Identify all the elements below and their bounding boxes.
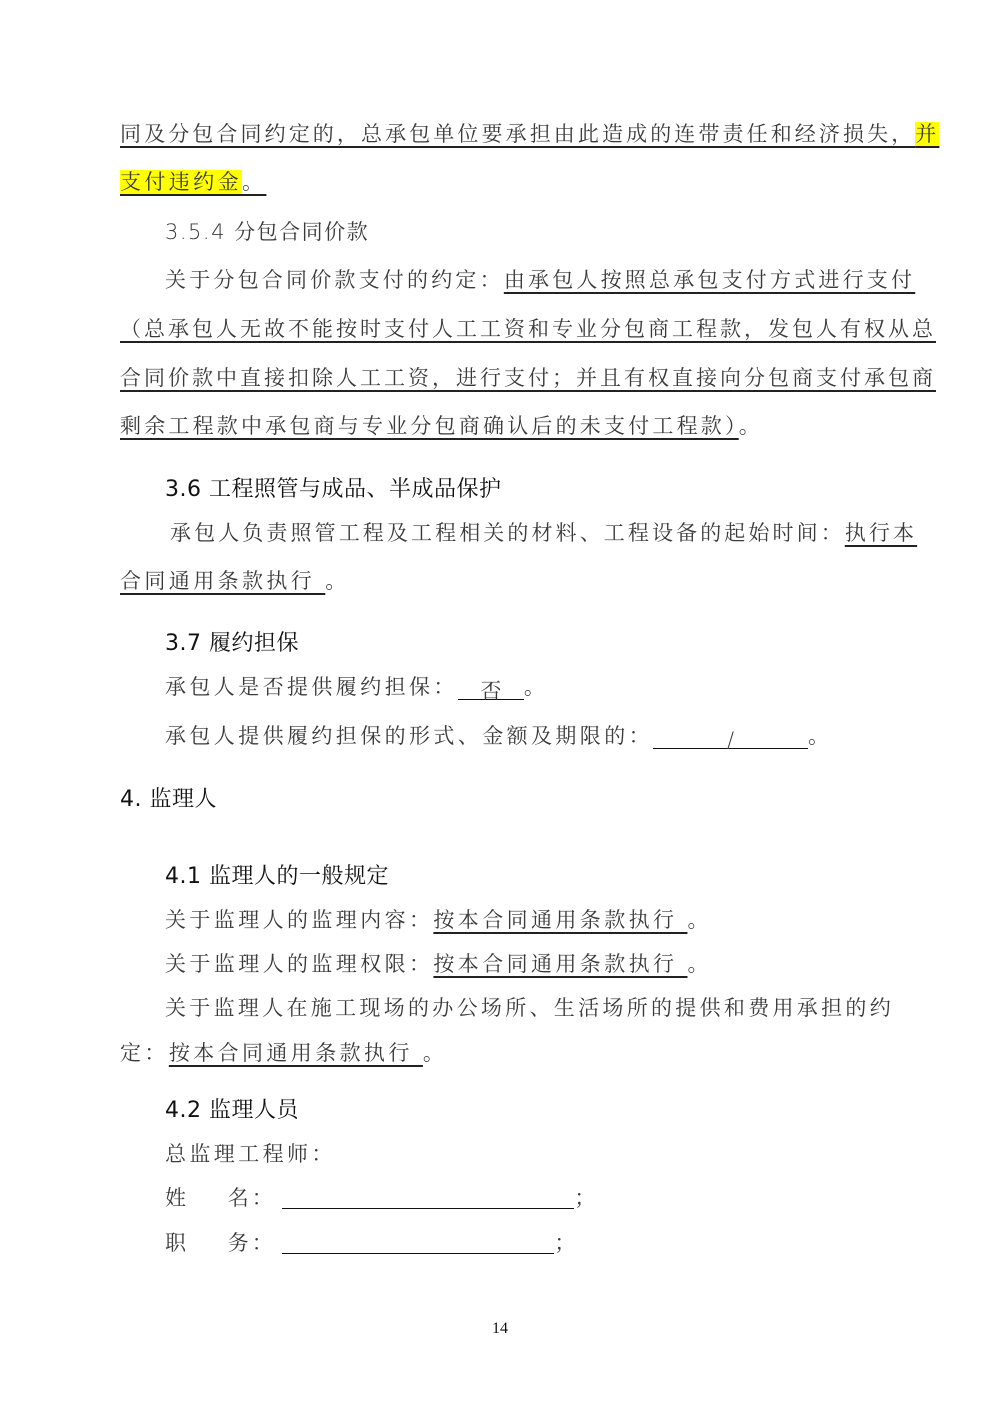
title-label: 职 务： (165, 1231, 276, 1255)
field-value: 按本合同通用条款执行 (433, 908, 687, 932)
section-4-1-item-2: 关于监理人的监理权限：按本合同通用条款执行 。 (165, 950, 712, 978)
field-value-blank: 否 (458, 677, 524, 700)
field-label: 定： (120, 1041, 169, 1065)
field-label: 关于监理人在施工现场的办公场所、生活场所的提供和费用承担的约 (165, 996, 894, 1020)
punctuation: 。 (242, 170, 266, 194)
field-value: 合同通用条款执行 (120, 569, 325, 593)
section-3-7-line-1: 承包人是否提供履约担保：否。 (165, 673, 548, 701)
underlined-text: 同及分包合同约定的，总承包单位要承担由此造成的连带责任和经济损失， (120, 122, 915, 146)
field-value: 剩余工程款中承包商与专业分包商确认后的未支付工程款） (120, 414, 739, 438)
section-3-6-heading: 3.6 工程照管与成品、半成品保护 (165, 476, 501, 504)
field-value: （总承包人无故不能按时支付人工工资和专业分包商工程款，发包人有权从总 (120, 317, 936, 341)
section-3-5-4-line-3: 合同价款中直接扣除人工工资，进行支付；并且有权直接向分包商支付承包商 (120, 364, 936, 392)
field-label: 承包人负责照管工程及工程相关的材料、工程设备的起始时间： (170, 521, 845, 545)
paragraph-continuation-line-2: 支付违约金。 (120, 168, 266, 196)
section-4-1-item-1: 关于监理人的监理内容：按本合同通用条款执行 。 (165, 906, 712, 934)
section-3-5-4-line-2: （总承包人无故不能按时支付人工工资和专业分包商工程款，发包人有权从总 (120, 315, 936, 343)
document-page: 同及分包合同约定的，总承包单位要承担由此造成的连带责任和经济损失，并 支付违约金… (0, 0, 1000, 1415)
section-4-1-item-3-line-2: 定：按本合同通用条款执行 。 (120, 1039, 447, 1067)
section-4-heading: 4. 监理人 (120, 786, 217, 814)
title-blank (282, 1231, 554, 1254)
paragraph-continuation-line-1: 同及分包合同约定的，总承包单位要承担由此造成的连带责任和经济损失，并 (120, 120, 939, 148)
highlighted-text: 支付违约金 (120, 170, 242, 194)
field-value: 按本合同通用条款执行 (169, 1041, 423, 1065)
field-label: 承包人提供履约担保的形式、金额及期限的： (165, 724, 653, 748)
field-value: 合同价款中直接扣除人工工资，进行支付；并且有权直接向分包商支付承包商 (120, 366, 936, 390)
field-label: 关于分包合同价款支付的约定： (165, 268, 504, 292)
punctuation: ； (554, 1231, 575, 1255)
section-3-7-heading: 3.7 履约担保 (165, 630, 299, 658)
field-value: 执行本 (845, 521, 917, 545)
punctuation: ； (574, 1186, 595, 1210)
punctuation: 。 (739, 414, 763, 438)
punctuation: 。 (524, 675, 548, 699)
punctuation: 。 (687, 908, 711, 932)
page-number: 14 (0, 1320, 1000, 1338)
punctuation: 。 (687, 952, 711, 976)
section-3-6-line-1: 承包人负责照管工程及工程相关的材料、工程设备的起始时间：执行本 (170, 519, 917, 547)
section-4-1-item-3-line-1: 关于监理人在施工现场的办公场所、生活场所的提供和费用承担的约 (165, 994, 894, 1022)
section-3-5-4-heading: 3.5.4 分包合同价款 (165, 218, 369, 246)
field-label: 承包人是否提供履约担保： (165, 675, 458, 699)
chief-supervisor-label: 总监理工程师： (165, 1140, 336, 1168)
title-field-row: 职 务： ； (165, 1229, 575, 1257)
highlighted-text: 并 (915, 122, 939, 146)
name-blank (282, 1186, 574, 1209)
field-value: 由承包人按照总承包支付方式进行支付 (504, 268, 915, 292)
punctuation: 。 (423, 1041, 447, 1065)
field-value-blank: / (653, 726, 808, 749)
section-4-2-heading: 4.2 监理人员 (165, 1097, 299, 1125)
name-field-row: 姓 名： ； (165, 1184, 595, 1212)
section-3-5-4-line-1: 关于分包合同价款支付的约定：由承包人按照总承包支付方式进行支付 (165, 266, 915, 294)
section-3-6-line-2: 合同通用条款执行 。 (120, 567, 350, 595)
name-label: 姓 名： (165, 1186, 276, 1210)
field-label: 关于监理人的监理内容： (165, 908, 433, 932)
punctuation: 。 (808, 724, 832, 748)
section-3-5-4-line-4: 剩余工程款中承包商与专业分包商确认后的未支付工程款）。 (120, 412, 763, 440)
punctuation: 。 (325, 569, 349, 593)
section-4-1-heading: 4.1 监理人的一般规定 (165, 863, 389, 891)
section-3-7-line-2: 承包人提供履约担保的形式、金额及期限的：/。 (165, 722, 832, 750)
field-label: 关于监理人的监理权限： (165, 952, 433, 976)
field-value: 按本合同通用条款执行 (433, 952, 687, 976)
